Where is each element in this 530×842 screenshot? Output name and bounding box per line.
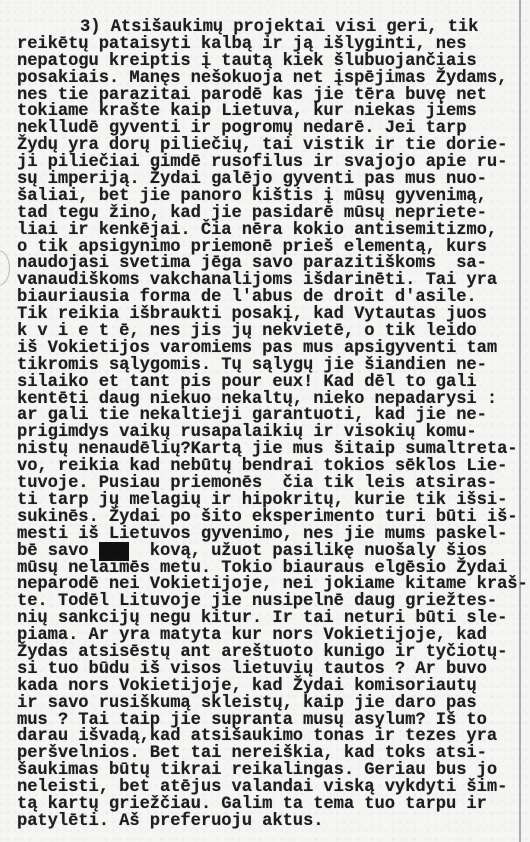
punch-hole-mark (0, 250, 10, 286)
document-body: 3) Atsišaukimų projektai visi geri, tikr… (17, 20, 522, 831)
typewritten-page: 3) Atsišaukimų projektai visi geri, tikr… (0, 0, 530, 842)
text-line: patylēti. Aš preferuoju aktus. (17, 814, 522, 831)
text-line: ir savo rusiškumą skleistų, kaip jie dar… (17, 696, 522, 713)
text-line: bē savo xxx kovą, užuot pasilikę nuošaly… (17, 544, 522, 561)
struck-out-word: xxx (99, 542, 130, 561)
